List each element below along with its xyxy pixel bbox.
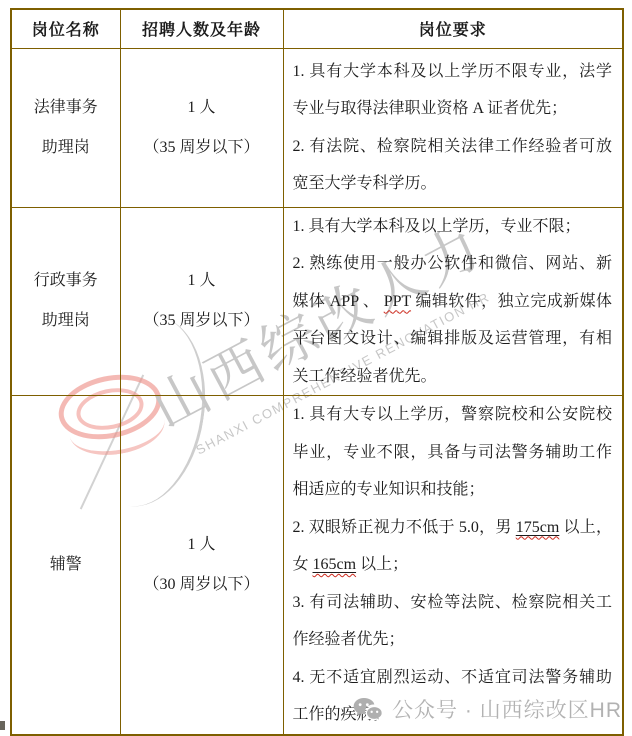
requirement-paragraph: 2. 双眼矫正视力不低于 5.0，男 175cm 以上，女 165cm 以上；: [293, 509, 613, 584]
requirement-paragraph: 2. 有法院、检察院相关法律工作经验者可放宽至大学专科学历。: [293, 128, 613, 203]
requirement-text: 以上；: [356, 556, 408, 573]
requirement-text: 3. 有司法辅助、安检等法院、检察院相关工作经验者优先；: [293, 594, 613, 649]
requirements-cell: 1. 具有大学本科及以上学历，专业不限；2. 熟练使用一般办公软件和微信、网站、…: [283, 207, 623, 396]
table-row: 法律事务助理岗1 人（35 周岁以下）1. 具有大学本科及以上学历不限专业，法学…: [11, 48, 623, 207]
spellcheck-text: PPT: [384, 293, 411, 310]
position-cell: 法律事务助理岗: [11, 48, 120, 207]
count-age-cell: 1 人（30 周岁以下）: [120, 396, 283, 735]
table-body: 法律事务助理岗1 人（35 周岁以下）1. 具有大学本科及以上学历不限专业，法学…: [11, 48, 623, 735]
wechat-icon: [353, 697, 383, 722]
position-cell: 行政事务助理岗: [11, 207, 120, 396]
requirement-paragraph: 2. 熟练使用一般办公软件和微信、网站、新媒体 APP 、 PPT 编辑软件，独…: [293, 245, 613, 395]
requirements-cell: 1. 具有大专以上学历，警察院校和公安院校毕业，专业不限，具备与司法警务辅助工作…: [283, 396, 623, 735]
count-age-cell-line: 1 人: [121, 525, 283, 565]
count-age-cell: 1 人（35 周岁以下）: [120, 207, 283, 396]
table-header-row: 岗位名称 招聘人数及年龄 岗位要求: [11, 9, 623, 48]
requirement-text: 1. 具有大学本科及以上学历，专业不限；: [293, 218, 581, 235]
position-cell-line: 法律事务: [12, 88, 120, 128]
count-age-cell-line: （35 周岁以下）: [121, 301, 283, 341]
header-position: 岗位名称: [11, 9, 120, 48]
requirement-text: 1. 具有大专以上学历，警察院校和公安院校毕业，专业不限，具备与司法警务辅助工作…: [293, 406, 613, 498]
underlined-spellcheck-text: 175cm: [516, 519, 560, 536]
requirement-paragraph: 1. 具有大学本科及以上学历，专业不限；: [293, 208, 613, 246]
wechat-account-label: 公众号 · 山西综改区HR: [392, 694, 622, 724]
position-cell-line: 行政事务: [12, 261, 120, 301]
requirement-paragraph: 3. 有司法辅助、安检等法院、检察院相关工作经验者优先；: [293, 584, 613, 659]
requirement-text: 1. 具有大学本科及以上学历不限专业，法学专业与取得法律职业资格 A 证者优先；: [293, 63, 613, 118]
requirement-paragraph: 1. 具有大学本科及以上学历不限专业，法学专业与取得法律职业资格 A 证者优先；: [293, 53, 613, 128]
wechat-banner: 公众号 · 山西综改区HR: [0, 694, 622, 724]
requirements-cell: 1. 具有大学本科及以上学历不限专业，法学专业与取得法律职业资格 A 证者优先；…: [283, 48, 623, 207]
position-cell-line: 助理岗: [12, 128, 120, 168]
table-row: 行政事务助理岗1 人（35 周岁以下）1. 具有大学本科及以上学历，专业不限；2…: [11, 207, 623, 396]
header-count-age: 招聘人数及年龄: [120, 9, 283, 48]
position-cell: 辅警: [11, 396, 120, 735]
count-age-cell-line: （35 周岁以下）: [121, 128, 283, 168]
count-age-cell-line: （30 周岁以下）: [121, 565, 283, 605]
table-row: 辅警1 人（30 周岁以下）1. 具有大专以上学历，警察院校和公安院校毕业，专业…: [11, 396, 623, 735]
position-cell-line: 助理岗: [12, 301, 120, 341]
count-age-cell-line: 1 人: [121, 88, 283, 128]
recruitment-table: 岗位名称 招聘人数及年龄 岗位要求 法律事务助理岗1 人（35 周岁以下）1. …: [10, 8, 624, 736]
count-age-cell: 1 人（35 周岁以下）: [120, 48, 283, 207]
requirement-paragraph: 1. 具有大专以上学历，警察院校和公安院校毕业，专业不限，具备与司法警务辅助工作…: [293, 396, 613, 509]
underlined-spellcheck-text: 165cm: [313, 556, 357, 573]
header-requirements: 岗位要求: [283, 9, 623, 48]
requirement-text: 2. 双眼矫正视力不低于 5.0，男: [293, 519, 516, 536]
requirement-text: 2. 有法院、检察院相关法律工作经验者可放宽至大学专科学历。: [293, 138, 613, 193]
position-cell-line: 辅警: [12, 545, 120, 585]
count-age-cell-line: 1 人: [121, 261, 283, 301]
